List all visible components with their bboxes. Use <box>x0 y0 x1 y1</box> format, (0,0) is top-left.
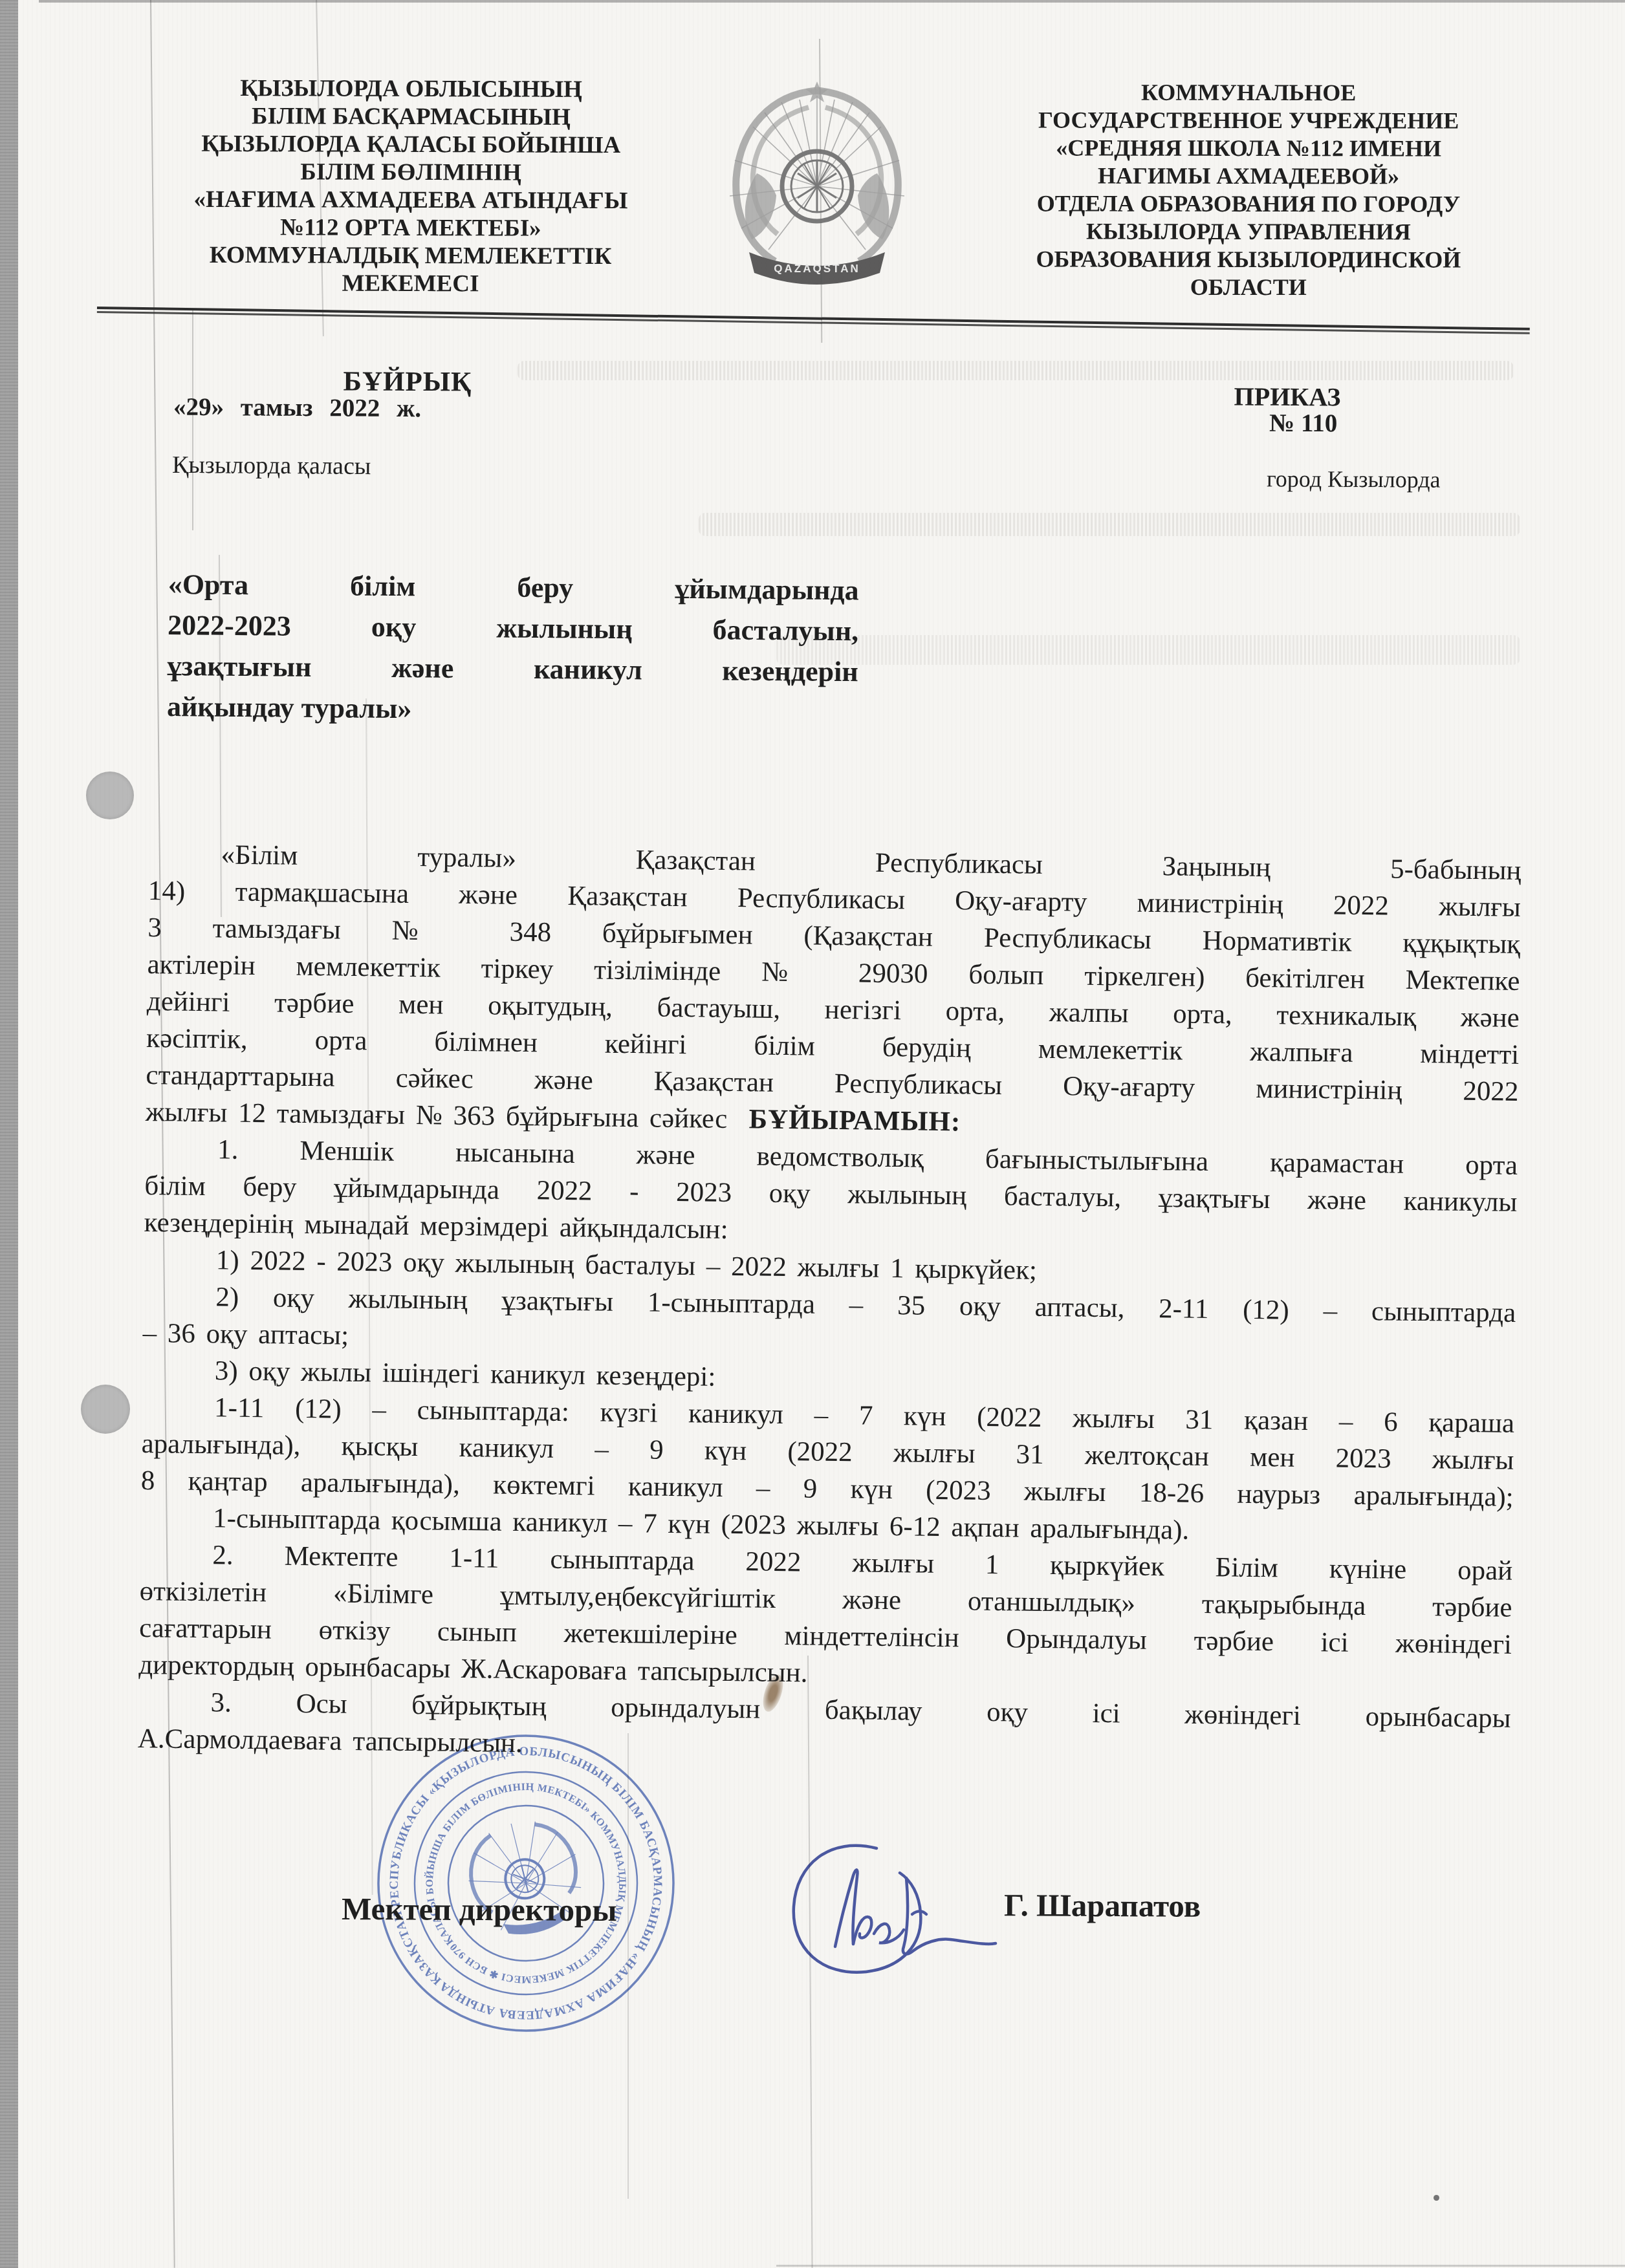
paper-speck <box>1434 2195 1439 2201</box>
letterhead-russian: КОММУНАЛЬНОЕ ГОСУДАРСТВЕННОЕ УЧРЕЖДЕНИЕ … <box>970 78 1527 302</box>
letterhead-line: ГОСУДАРСТВЕННОЕ УЧРЕЖДЕНИЕ <box>970 106 1527 135</box>
director-signature <box>780 1838 999 1980</box>
header-divider <box>97 307 1530 334</box>
kazakhstan-coat-of-arms-icon: QAZAQSTAN <box>712 76 922 301</box>
letterhead-kazakh: ҚЫЗЫЛОРДА ОБЛЫСЫНЫҢ БІЛІМ БАСҚАРМАСЫНЫҢ … <box>155 74 666 299</box>
letterhead-line: МЕКЕМЕСІ <box>155 269 666 299</box>
letterhead-line: НАГИМЫ АХМАДЕЕВОЙ» <box>970 162 1527 191</box>
scan-noise <box>699 513 1520 536</box>
order-subject: «Орта білім беру ұйымдарында 2022-2023 о… <box>167 568 859 737</box>
signature-role-label: Мектеп директоры <box>342 1890 617 1928</box>
letterhead-line: КЫЗЫЛОРДА УПРАВЛЕНИЯ <box>970 217 1527 246</box>
subject-line: айқындау туралы» <box>167 690 858 737</box>
letterhead-line: КОММУНАЛЬНОЕ <box>970 78 1527 107</box>
order-number: № 110 <box>1269 409 1338 438</box>
scan-edge-strip <box>0 0 18 2268</box>
order-place-ru: город Кызылорда <box>1267 465 1441 493</box>
scan-bottom-edge <box>776 2265 1625 2267</box>
scan-top-edge <box>39 0 1625 3</box>
order-place-kk: Қызылорда қаласы <box>172 451 371 481</box>
letterhead-line: №112 ОРТА МЕКТЕБІ» <box>155 213 666 243</box>
body-line-text: жылғы 12 тамыздағы № 363 бұйрығына сәйке… <box>146 1097 728 1134</box>
emblem-banner-text: QAZAQSTAN <box>774 263 860 275</box>
letterhead-line: ОБРАЗОВАНИЯ КЫЗЫЛОРДИНСКОЙ <box>970 245 1527 274</box>
letterhead-line: БІЛІМ БӨЛІМІНІҢ <box>155 158 666 188</box>
order-verb: БҰЙЫРАМЫН: <box>748 1104 961 1137</box>
letterhead-line: «НАҒИМА АХМАДЕЕВА АТЫНДАҒЫ <box>155 186 666 215</box>
subject-line: 2022-2023 оқу жылының басталуын, <box>168 609 859 655</box>
order-body: «Білім туралы» Қазақстан Республикасы За… <box>138 838 1521 1777</box>
scanned-order-document: ҚЫЗЫЛОРДА ОБЛЫСЫНЫҢ БІЛІМ БАСҚАРМАСЫНЫҢ … <box>0 0 1625 2268</box>
scan-noise <box>518 361 1514 380</box>
letterhead-line: ҚЫЗЫЛОРДА ҚАЛАСЫ БОЙЫНША <box>155 130 666 160</box>
letterhead-line: ОТДЕЛА ОБРАЗОВАНИЯ ПО ГОРОДУ <box>970 189 1527 219</box>
letterhead-line: КОММУНАЛДЫҚ МЕМЛЕКЕТТІК <box>155 241 666 271</box>
order-heading-ru: ПРИКАЗ <box>1190 381 1384 413</box>
order-date: «29» тамыз 2022 ж. <box>173 393 421 424</box>
hole-punch <box>81 1385 130 1434</box>
letterhead-line: «СРЕДНЯЯ ШКОЛА №112 ИМЕНИ <box>970 134 1527 163</box>
letterhead-line: БІЛІМ БАСҚАРМАСЫНЫҢ <box>155 102 666 132</box>
scan-noise <box>776 635 1520 665</box>
subject-line: «Орта білім беру ұйымдарында <box>168 568 859 614</box>
hole-punch <box>86 772 134 819</box>
letterhead-line: ҚЫЗЫЛОРДА ОБЛЫСЫНЫҢ <box>155 74 666 104</box>
subject-line: ұзақтығын және каникул кезеңдерін <box>167 649 858 696</box>
director-name: Г. Шарапатов <box>1004 1886 1201 1925</box>
letterhead-line: ОБЛАСТИ <box>970 273 1527 302</box>
